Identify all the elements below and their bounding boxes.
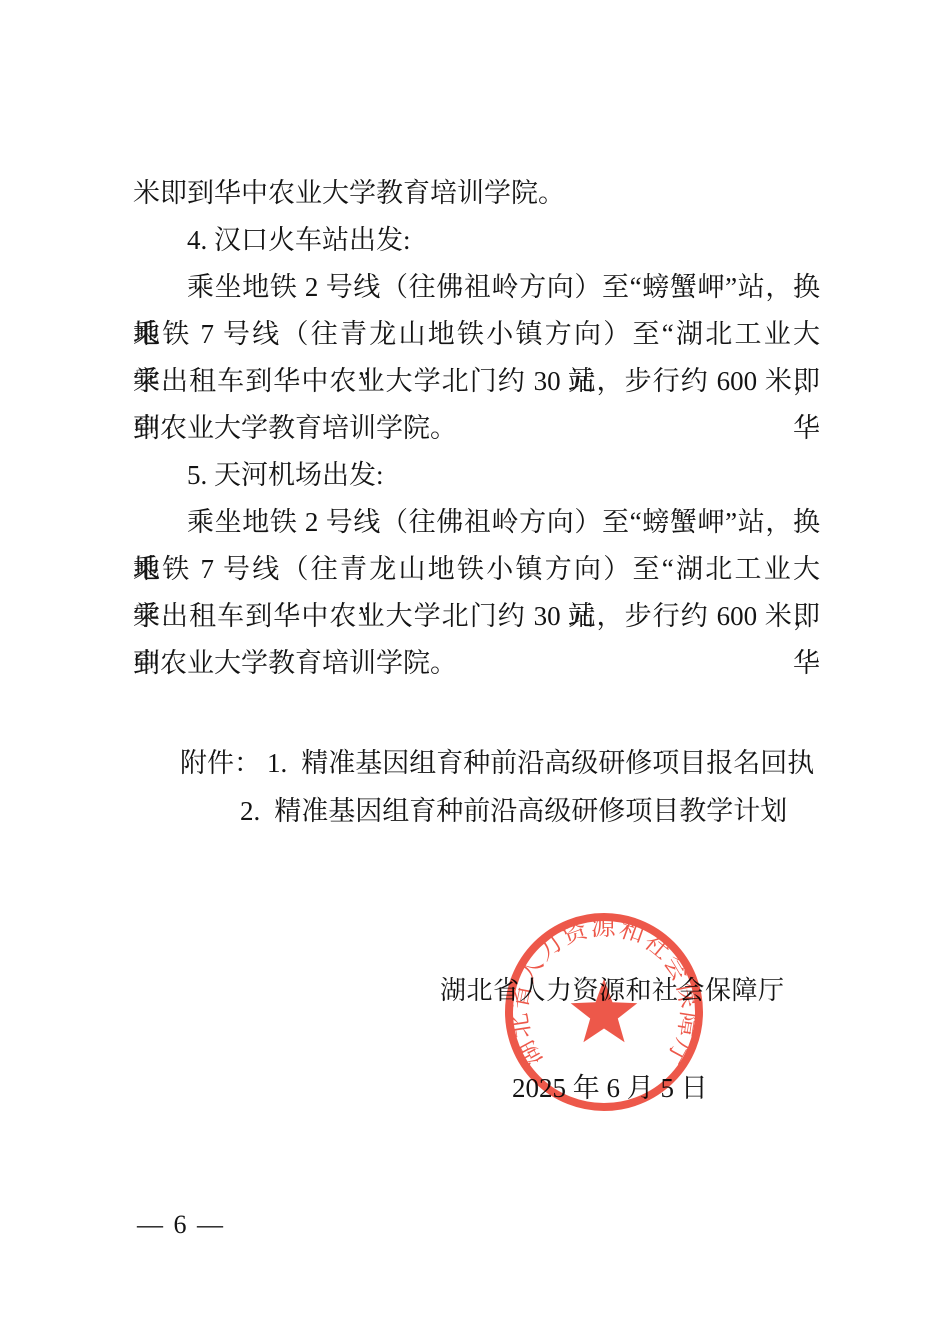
document-page: 米即到华中农业大学教育培训学院。 4. 汉口火车站出发: 乘坐地铁 2 号线（往… bbox=[0, 0, 951, 1340]
body-line: 乘坐地铁 2 号线（往佛祖岭方向）至“螃蟹岬”站，换乘 bbox=[133, 499, 820, 546]
body-line-section-4-heading: 4. 汉口火车站出发: bbox=[133, 217, 820, 264]
body-line: 乘出租车到华中农业大学北门约 30 元，步行约 600 米即到华 bbox=[133, 593, 820, 640]
body-line: 米即到华中农业大学教育培训学院。 bbox=[133, 170, 820, 217]
attachment-title: 精准基因组育种前沿高级研修项目教学计划 bbox=[274, 796, 787, 826]
body-line: 乘出租车到华中农业大学北门约 30 元，步行约 600 米即到华 bbox=[133, 358, 820, 405]
body-line: 乘坐地铁 2 号线（往佛祖岭方向）至“螃蟹岬”站，换乘 bbox=[133, 264, 820, 311]
attachment-number: 2. bbox=[240, 796, 260, 826]
attachment-title: 精准基因组育种前沿高级研修项目报名回执 bbox=[301, 748, 814, 778]
issuing-authority-name: 湖北省人力资源和社会保障厅 bbox=[440, 970, 785, 1007]
attachments-list: 附件：1.精准基因组育种前沿高级研修项目报名回执 2.精准基因组育种前沿高级研修… bbox=[133, 739, 820, 835]
document-body: 米即到华中农业大学教育培训学院。 4. 汉口火车站出发: 乘坐地铁 2 号线（往… bbox=[133, 170, 820, 687]
issue-date: 2025 年 6 月 5 日 bbox=[512, 1066, 708, 1105]
attachment-item: 附件：1.精准基因组育种前沿高级研修项目报名回执 bbox=[133, 739, 820, 787]
attachments-label: 附件： bbox=[180, 748, 261, 778]
body-line-section-5-heading: 5. 天河机场出发: bbox=[133, 452, 820, 499]
page-number: — 6 — bbox=[137, 1210, 225, 1240]
attachment-number: 1. bbox=[267, 748, 287, 778]
attachment-item: 2.精准基因组育种前沿高级研修项目教学计划 bbox=[133, 787, 820, 835]
body-line: 地铁 7 号线（往青龙山地铁小镇方向）至“湖北工业大学”站， bbox=[133, 546, 820, 593]
body-line: 地铁 7 号线（往青龙山地铁小镇方向）至“湖北工业大学”站， bbox=[133, 311, 820, 358]
